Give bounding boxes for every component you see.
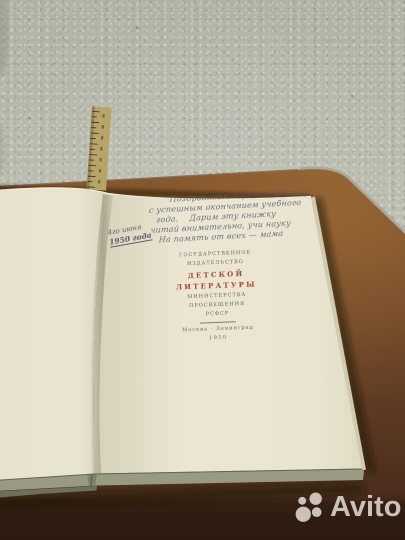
wall-speck <box>329 39 331 41</box>
wall-speck <box>59 33 61 35</box>
wall-smudge <box>0 0 8 76</box>
wall-smudge <box>0 122 5 178</box>
wall-speck <box>232 59 234 61</box>
photo-scene: Поздравляем дорогого Юрочку с успешным о… <box>0 0 405 540</box>
avito-wordmark: Avito <box>330 492 401 523</box>
imprint-rule <box>200 321 236 323</box>
handwritten-inscription: Поздравляем дорогого Юрочку с успешным о… <box>142 186 337 246</box>
wall-speck <box>261 140 263 142</box>
avito-watermark: Avito <box>294 492 401 523</box>
wall-speck <box>351 95 353 97</box>
wall-specks <box>0 0 353 178</box>
avito-logo-icon <box>294 492 327 523</box>
title-page-imprint: ГОСУДАРСТВЕННОЕ ИЗДАТЕЛЬСТВО ДЕТСКОЙ ЛИТ… <box>152 249 281 345</box>
wall-speck <box>136 27 139 30</box>
wall-speck <box>189 119 191 121</box>
wall-speck <box>29 117 31 119</box>
ruler <box>87 106 112 190</box>
